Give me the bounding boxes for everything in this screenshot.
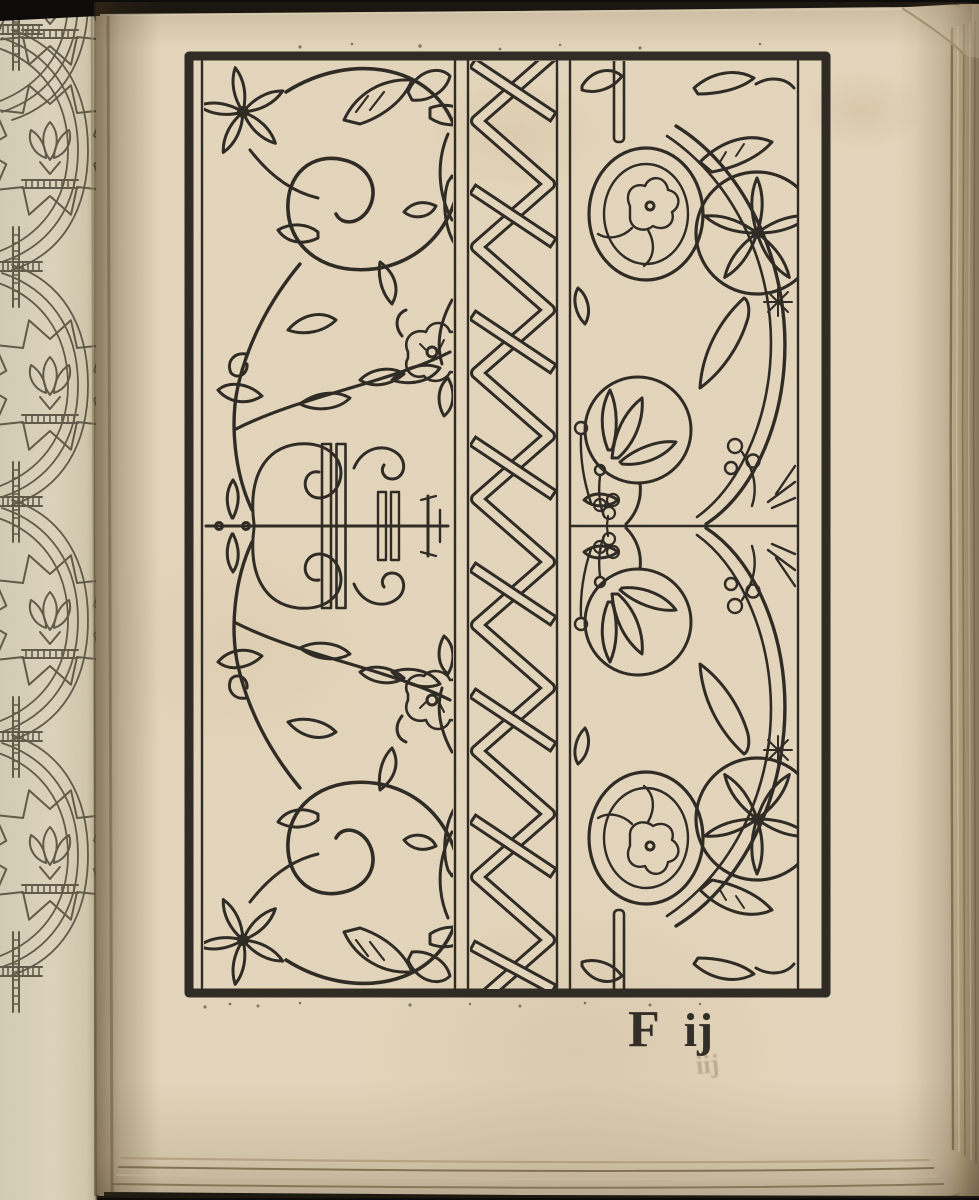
signature-letter: F: [628, 1001, 660, 1058]
woodcut-artwork: [0, 0, 979, 1200]
ghost-numeral: iij: [695, 1049, 721, 1081]
paper-grain: [96, 3, 968, 1196]
fore-edge: [946, 4, 979, 1196]
book-photo: Fij iij: [0, 0, 979, 1200]
facing-paper-grain: [0, 14, 96, 1200]
